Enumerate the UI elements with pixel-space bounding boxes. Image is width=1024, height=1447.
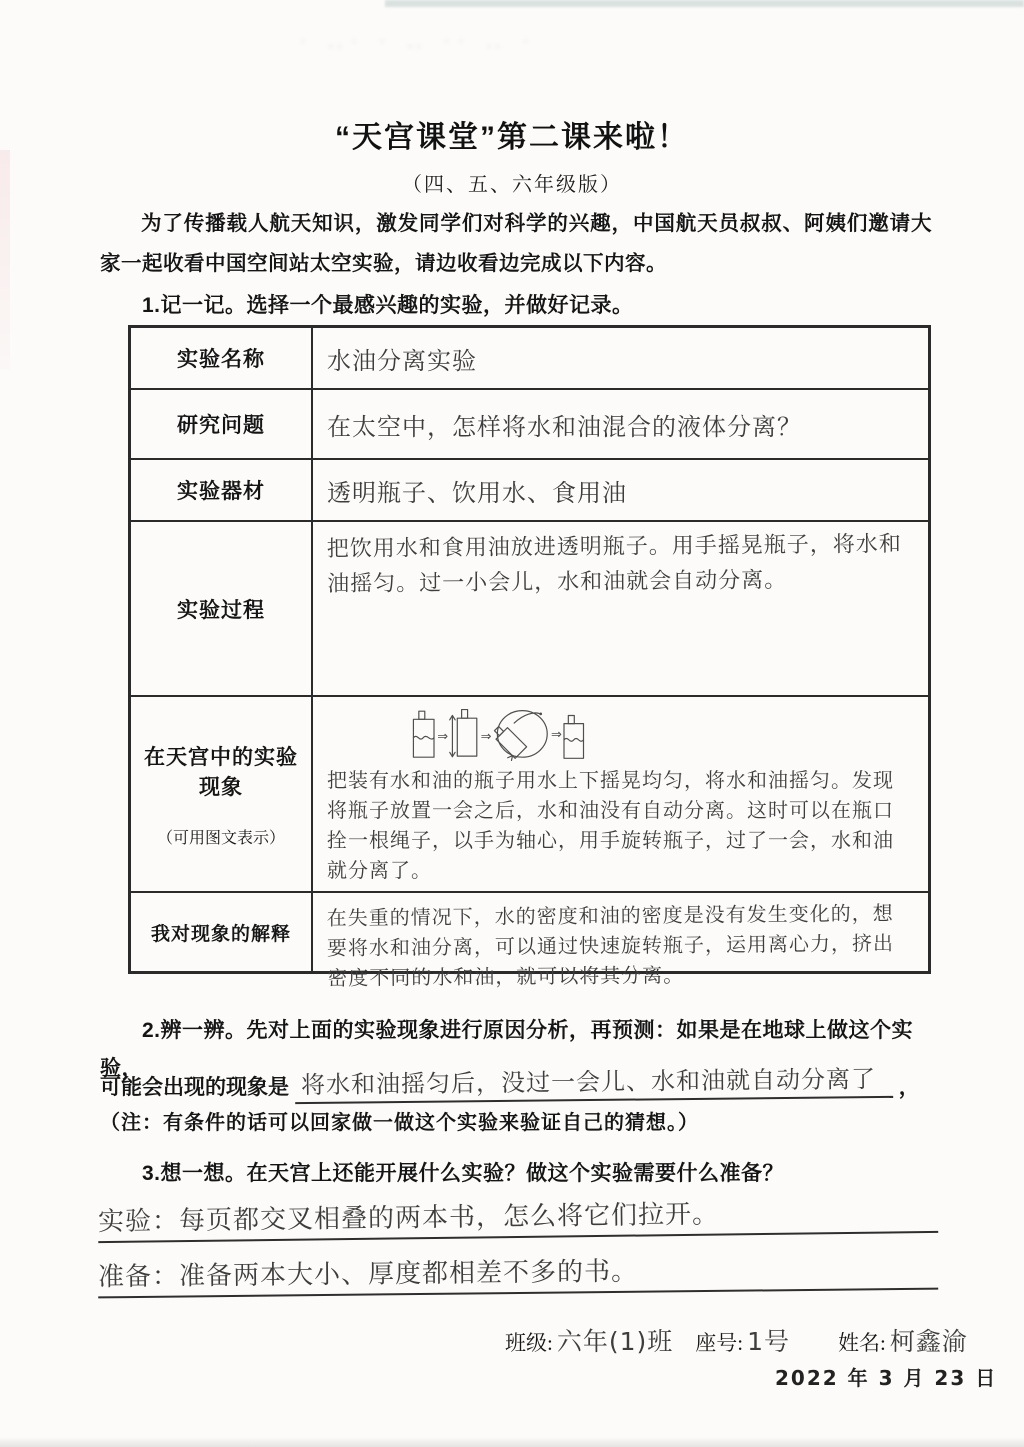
date-line: 2022 年 3 月 23 日 bbox=[775, 1362, 997, 1391]
scan-artifact-top-strip bbox=[385, 0, 1024, 7]
name-value: 柯鑫渝 bbox=[890, 1322, 968, 1358]
answer-line-experiment: 实验：每页都交叉相叠的两本书，怎么将它们拉开。 bbox=[98, 1191, 938, 1243]
section-2-blank-line: 可能会出现的现象是 将水和油摇匀后，没过一会儿、水和油就自动分离了 ， bbox=[100, 1062, 940, 1101]
row-label: 研究问题 bbox=[131, 390, 313, 458]
table-row-experiment-name: 实验名称 水油分离实验 bbox=[131, 328, 928, 388]
scan-artifact-bleedthrough: · ‥ ·· ‥ · ·‥ · bbox=[30, 24, 530, 84]
section-2-number: 2.辨一辨。 bbox=[142, 1019, 247, 1042]
row-label: 实验名称 bbox=[131, 328, 313, 388]
handwritten-answer: 在太空中，怎样将水和油混合的液体分离？ bbox=[327, 407, 914, 442]
worksheet-page: · ‥ ·· ‥ · ·‥ · “天宫课堂”第二课来啦！ （四、五、六年级版） … bbox=[0, 0, 1024, 1447]
class-value: 六年(1)班 bbox=[557, 1322, 673, 1358]
handwritten-answer: 把装有水和油的瓶子用水上下摇晃均匀，将水和油摇匀。发现将瓶子放置一会之后，水和油… bbox=[327, 765, 914, 885]
bottle-separated-icon bbox=[564, 716, 584, 759]
row-answer-cell: 水油分离实验 bbox=[313, 328, 928, 388]
row-answer-cell: ⇒ ⇒ bbox=[313, 697, 928, 891]
table-row-materials: 实验器材 透明瓶子、饮用水、食用油 bbox=[131, 458, 928, 520]
row-label: 实验器材 bbox=[131, 460, 313, 520]
arrow-right-icon: ⇒ bbox=[551, 727, 562, 742]
section-3-number: 3.想一想。 bbox=[142, 1162, 247, 1185]
row-label: 实验过程 bbox=[131, 522, 313, 695]
section-3-heading: 3.想一想。在天宫上还能开展什么实验？做这个实验需要什么准备？ bbox=[100, 1155, 940, 1193]
scan-artifact-bottom-shadow bbox=[0, 1437, 1024, 1447]
handwritten-answer: 准备：准备两本大小、厚度都相差不多的书。 bbox=[98, 1257, 638, 1293]
arrow-right-icon: ⇒ bbox=[481, 729, 492, 744]
intro-paragraph: 为了传播载人航天知识，激发同学们对科学的兴趣，中国航天员叔叔、阿姨们邀请大家一起… bbox=[100, 204, 932, 284]
row-label: 在天宫中的实验现象 （可用图文表示） bbox=[131, 697, 313, 891]
table-row-procedure: 实验过程 把饮用水和食用油放进透明瓶子。用手摇晃瓶子，将水和油摇匀。过一小会儿，… bbox=[131, 520, 928, 695]
page-title: “天宫课堂”第二课来啦！ bbox=[0, 112, 1024, 156]
handwritten-answer: 把饮用水和食用油放进透明瓶子。用手摇晃瓶子，将水和油摇匀。过一小会儿，水和油就会… bbox=[327, 527, 915, 602]
table-row-research-question: 研究问题 在太空中，怎样将水和油混合的液体分离？ bbox=[131, 388, 928, 458]
class-label: 班级: bbox=[505, 1327, 553, 1357]
row-answer-cell: 透明瓶子、饮用水、食用油 bbox=[313, 460, 928, 520]
section-2-note: （注：有条件的话可以回家做一做这个实验来验证自己的猜想。） bbox=[100, 1106, 940, 1135]
seat-value: 1号 bbox=[747, 1322, 790, 1358]
handwritten-answer: 透明瓶子、饮用水、食用油 bbox=[327, 473, 914, 508]
handwritten-answer: 在失重的情况下，水的密度和油的密度是没有发生变化的，想要将水和油分离，可以通过快… bbox=[327, 898, 915, 993]
section-3-text: 在天宫上还能开展什么实验？做这个实验需要什么准备？ bbox=[247, 1162, 785, 1185]
student-info-line: 班级: 六年(1)班 座号: 1号 姓名: 柯鑫渝 bbox=[505, 1322, 968, 1358]
bottle-swing-icon bbox=[491, 711, 547, 761]
bottle-shake-icon bbox=[450, 710, 477, 757]
arrow-right-icon: ⇒ bbox=[437, 729, 448, 744]
row-answer-cell: 在太空中，怎样将水和油混合的液体分离？ bbox=[313, 390, 928, 458]
row-label-text: 在天宫中的实验现象 bbox=[135, 741, 307, 801]
answer-line-preparation: 准备：准备两本大小、厚度都相差不多的书。 bbox=[98, 1248, 938, 1299]
row-label: 我对现象的解释 bbox=[131, 893, 313, 971]
seat-label: 座号: bbox=[695, 1327, 743, 1357]
handwritten-answer: 将水和油摇匀后，没过一会儿、水和油就自动分离了 bbox=[301, 1065, 876, 1099]
blank-prefix: 可能会出现的现象是 bbox=[100, 1076, 289, 1099]
handwritten-answer: 实验：每页都交叉相叠的两本书，怎么将它们拉开。 bbox=[98, 1200, 719, 1238]
section-1-heading: 1.记一记。选择一个最感兴趣的实验，并做好记录。 bbox=[100, 287, 940, 325]
bottle-separated-icon bbox=[413, 711, 434, 757]
fill-in-blank: 将水和油摇匀后，没过一会儿、水和油就自动分离了 bbox=[295, 1059, 893, 1104]
table-row-phenomenon: 在天宫中的实验现象 （可用图文表示） ⇒ bbox=[131, 695, 928, 891]
row-label-note: （可用图文表示） bbox=[157, 825, 285, 848]
table-row-explanation: 我对现象的解释 在失重的情况下，水的密度和油的密度是没有发生变化的，想要将水和油… bbox=[131, 891, 928, 971]
handwritten-answer: 水油分离实验 bbox=[327, 341, 914, 376]
name-label: 姓名: bbox=[838, 1327, 886, 1357]
row-answer-cell: 把饮用水和食用油放进透明瓶子。用手摇晃瓶子，将水和油摇匀。过一小会儿，水和油就会… bbox=[313, 522, 928, 695]
experiment-table: 实验名称 水油分离实验 研究问题 在太空中，怎样将水和油混合的液体分离？ 实验器… bbox=[128, 325, 931, 974]
bottle-experiment-sketch: ⇒ ⇒ bbox=[329, 709, 669, 761]
section-1-number: 1.记一记。 bbox=[142, 294, 247, 317]
row-answer-cell: 在失重的情况下，水的密度和油的密度是没有发生变化的，想要将水和油分离，可以通过快… bbox=[313, 893, 928, 971]
section-1-text: 选择一个最感兴趣的实验，并做好记录。 bbox=[247, 294, 634, 317]
blank-suffix: ， bbox=[899, 1076, 920, 1099]
page-subtitle: （四、五、六年级版） bbox=[0, 168, 1024, 197]
